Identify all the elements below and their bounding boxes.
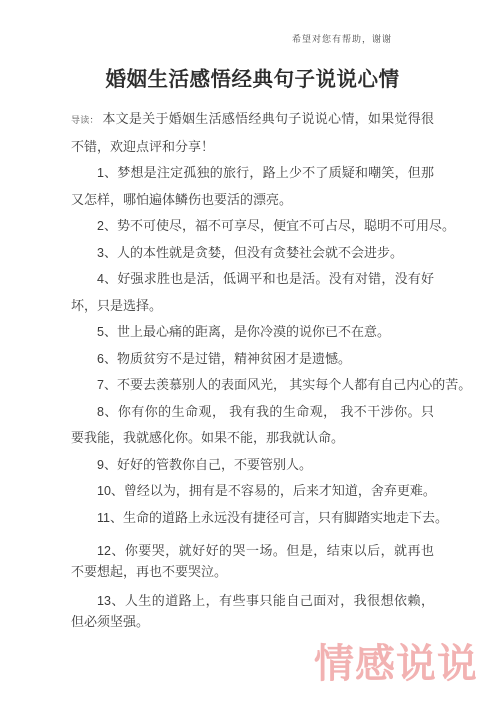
quote-text: 、物质贫穷不是过错，精神贫困才是遗憾。 (104, 351, 351, 366)
quote-number: 7 (97, 378, 104, 392)
quote-paragraph: 7、不要去羡慕别人的表面风光， 其实每个人都有自己内心的苦。 (71, 372, 434, 399)
quote-number: 3 (97, 246, 104, 260)
quote-number: 8 (97, 405, 104, 419)
quote-text: 、不要去羡慕别人的表面风光， 其实每个人都有自己内心的苦。 (104, 377, 471, 392)
quote-number: 9 (97, 458, 104, 472)
quote-paragraph: 3、人的本性就是贪婪，但没有贪婪社会就不会进步。 (71, 240, 434, 267)
quote-text: 、世上最心痛的距离，是你冷漠的说你已不在意。 (104, 324, 390, 339)
quote-text: 、好好的管教你自己，不要管别人。 (104, 457, 312, 472)
watermark: 情感说说 (314, 632, 478, 689)
document-page: 希望对您有帮助，谢谢 婚姻生活感悟经典句子说说心情 导读： 本文是关于婚姻生活感… (0, 0, 500, 707)
document-content: 婚姻生活感悟经典句子说说心情 导读： 本文是关于婚姻生活感悟经典句子说说心情，如… (71, 62, 434, 631)
intro-text: 本文是关于婚姻生活感悟经典句子说说心情，如果觉得很不错，欢迎点评和分享！ (71, 111, 434, 154)
page-title: 婚姻生活感悟经典句子说说心情 (71, 62, 434, 92)
quote-paragraph: 10、曾经以为，拥有是不容易的，后来才知道，舍弃更难。 (71, 478, 434, 505)
quote-paragraph: 9、好好的管教你自己，不要管别人。 (71, 452, 434, 479)
quote-text: 、你有你的生命观， 我有我的生命观， 我不干涉你。只要我能，我就感化你。如果不能… (71, 404, 434, 446)
quote-paragraph: 1、梦想是注定孤独的旅行，路上少不了质疑和嘲笑，但那又怎样，哪怕遍体鳞伤也要活的… (71, 160, 434, 213)
intro-label: 导读： (71, 115, 99, 125)
quote-number: 2 (97, 219, 104, 233)
quote-paragraph: 4、好强求胜也是活，低调平和也是活。没有对错，没有好坏，只是选择。 (71, 266, 434, 319)
quote-number: 11 (97, 511, 110, 525)
quote-paragraph: 2、势不可使尽，福不可享尽，便宜不可占尽，聪明不可用尽。 (71, 213, 434, 240)
quote-number: 1 (97, 166, 104, 180)
quote-paragraph: 5、世上最心痛的距离，是你冷漠的说你已不在意。 (71, 319, 434, 346)
quote-number: 5 (97, 325, 104, 339)
intro-paragraph: 导读： 本文是关于婚姻生活感悟经典句子说说心情，如果觉得很不错，欢迎点评和分享！ (71, 106, 434, 160)
quote-text: 、生命的道路上永远没有捷径可言，只有脚踏实地走下去。 (110, 510, 448, 525)
quote-paragraph: 13、人生的道路上，有些事只能自己面对，我很想依赖，但必须坚强。 (71, 591, 434, 631)
quote-text: 、人生的道路上，有些事只能自己面对，我很想依赖，但必须坚强。 (71, 593, 434, 629)
quote-number: 6 (97, 352, 104, 366)
quote-text: 、曾经以为，拥有是不容易的，后来才知道，舍弃更难。 (111, 483, 436, 498)
quote-text: 、梦想是注定孤独的旅行，路上少不了质疑和嘲笑，但那又怎样，哪怕遍体鳞伤也要活的漂… (71, 165, 434, 207)
quote-number: 13 (97, 594, 111, 608)
quote-number: 4 (97, 272, 104, 286)
quote-text: 、势不可使尽，福不可享尽，便宜不可占尽，聪明不可用尽。 (104, 218, 455, 233)
quote-paragraph: 11、生命的道路上永远没有捷径可言，只有脚踏实地走下去。 (71, 505, 434, 532)
quote-text: 、好强求胜也是活，低调平和也是活。没有对错，没有好坏，只是选择。 (71, 271, 434, 313)
quote-paragraph: 6、物质贫穷不是过错，精神贫困才是遗憾。 (71, 346, 434, 373)
quote-text: 、你要哭，就好好的哭一场。但是，结束以后，就再也不要想起，再也不要哭泣。 (71, 543, 434, 579)
quote-text: 、人的本性就是贪婪，但没有贪婪社会就不会进步。 (104, 245, 403, 260)
quote-number: 10 (97, 484, 111, 498)
quote-number: 12 (97, 544, 111, 558)
quote-paragraph: 8、你有你的生命观， 我有我的生命观， 我不干涉你。只要我能，我就感化你。如果不… (71, 399, 434, 452)
quote-paragraph: 12、你要哭，就好好的哭一场。但是，结束以后，就再也不要想起，再也不要哭泣。 (71, 541, 434, 581)
header-note: 希望对您有帮助，谢谢 (292, 32, 392, 45)
